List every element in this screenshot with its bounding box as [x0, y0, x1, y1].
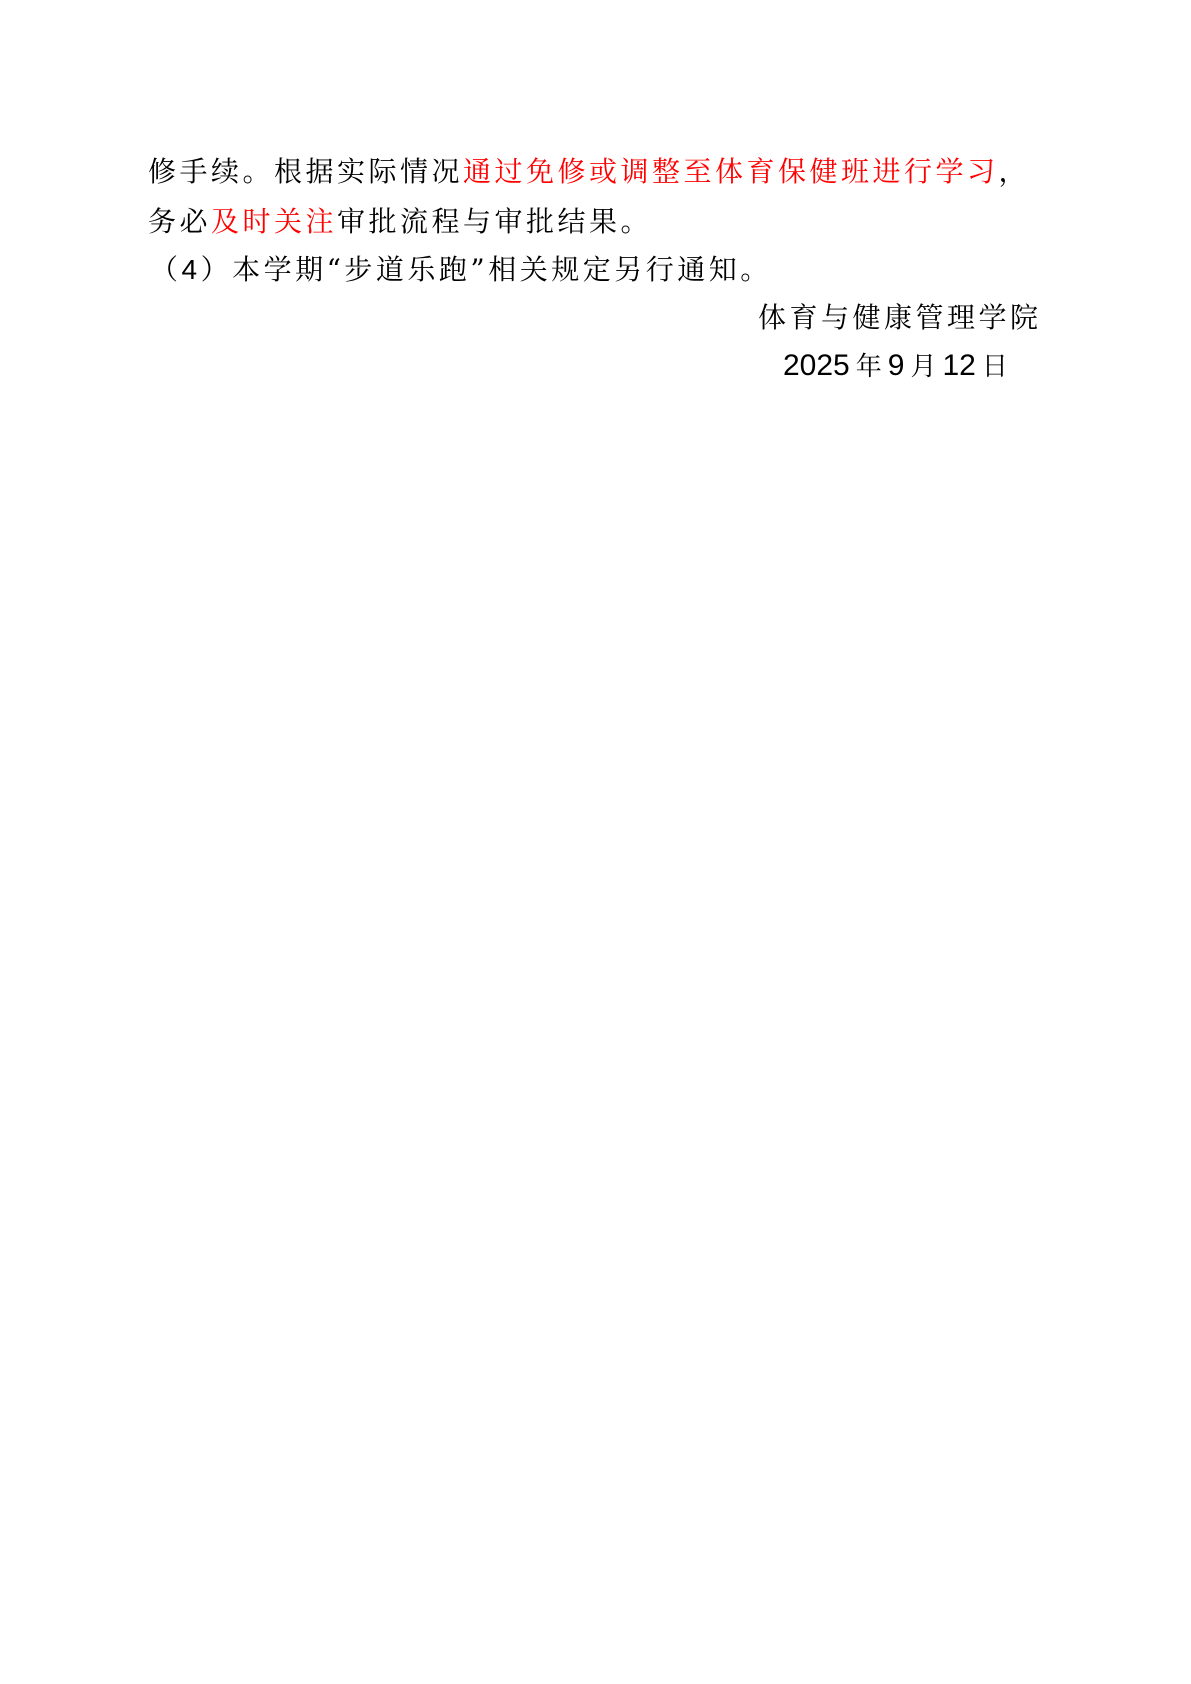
text-highlight-red: 及时关注	[211, 205, 337, 238]
date-month: 9	[888, 349, 905, 382]
date-month-label: 月	[910, 352, 936, 382]
text-black: 修手续。根据实际情况	[148, 155, 463, 188]
item-text: 本学期“步道乐跑”相关规定另行通知。	[232, 253, 772, 286]
open-paren: （	[150, 253, 182, 286]
signature-date: 2025年9月12日	[783, 346, 1014, 387]
paragraph-line-1: 修手续。根据实际情况通过免修或调整至体育保健班进行学习，	[148, 152, 1030, 192]
paragraph-line-2: 务必及时关注审批流程与审批结果。	[148, 202, 652, 242]
item-number: 4	[182, 254, 201, 285]
list-item-4: （4）本学期“步道乐跑”相关规定另行通知。	[150, 250, 772, 290]
text-black: 务必	[148, 205, 211, 238]
date-day: 12	[942, 349, 975, 382]
date-year: 2025	[783, 349, 850, 382]
text-black: 审批流程与审批结果。	[337, 205, 652, 238]
close-paren: ）	[201, 253, 233, 286]
text-black: ，	[999, 155, 1031, 188]
date-day-label: 日	[982, 352, 1008, 382]
signature-organization: 体育与健康管理学院	[758, 298, 1042, 338]
date-year-label: 年	[856, 352, 882, 382]
text-highlight-red: 通过免修或调整至体育保健班进行学习	[463, 155, 999, 188]
